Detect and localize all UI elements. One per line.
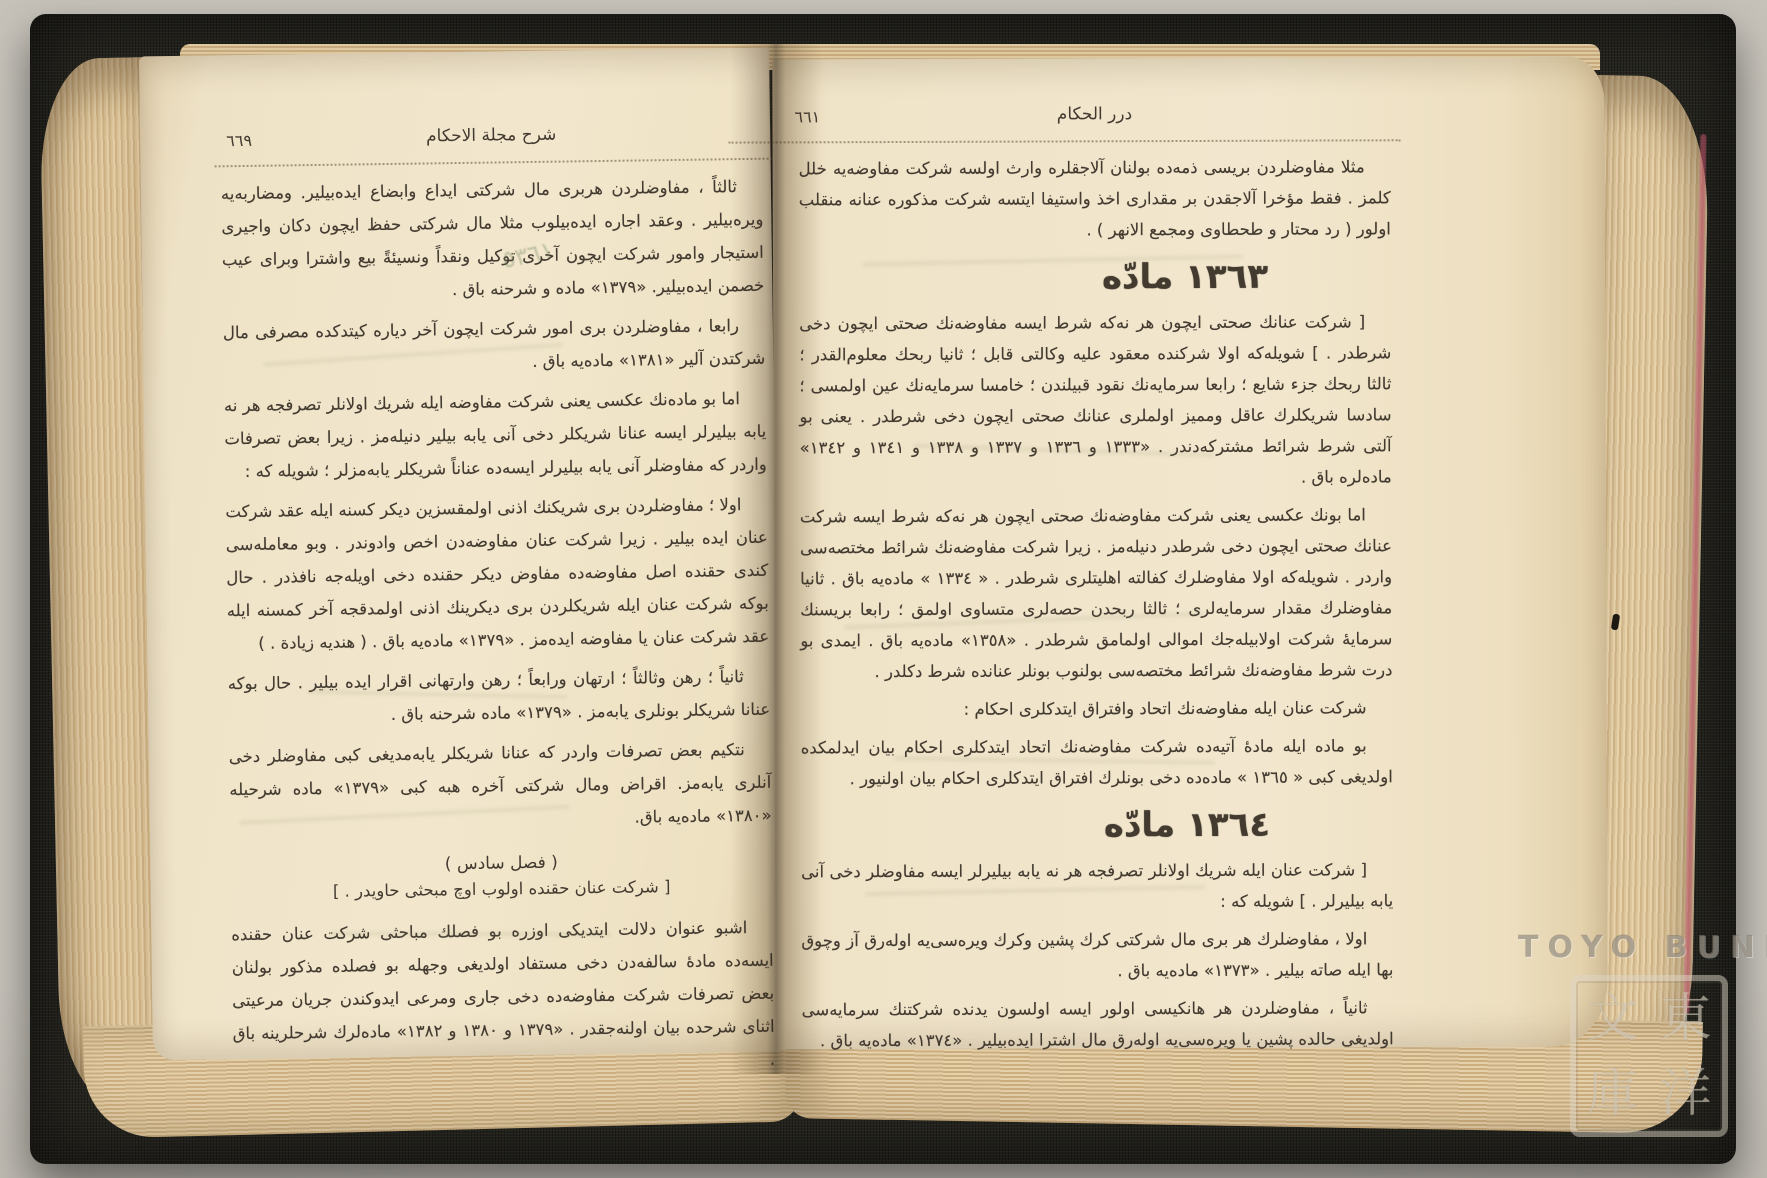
right-page-text: مثلا مفاوضلردن بريسى ذمه‌ده بولنان آلاجق…	[799, 151, 1394, 1056]
body-paragraph: اما بونك عكسى يعنى شركت مفاوضه‌نك صحتى ا…	[800, 499, 1393, 687]
right-page-number: ٦٦١	[794, 107, 820, 126]
body-paragraph: ثانياً ، مفاوضلردن هر هانكيسى اولور ايسه…	[802, 993, 1394, 1057]
left-page-text: ثالثاً ، مفاوضلردن هربرى مال شركتى ايداع…	[221, 170, 776, 1083]
body-paragraph: ثالثاً ، مفاوضلردن هربرى مال شركتى ايداع…	[221, 170, 765, 310]
body-paragraph: شركت عنان ايله مفاوضه‌نك اتحاد وافتراق ا…	[800, 693, 1392, 726]
right-running-title: درر الحكام	[798, 103, 1390, 125]
body-paragraph: ثانياً ؛ رهن وثالثاً ؛ ارتهان ورابعاً ؛ …	[228, 660, 771, 734]
article-summary: [ شركت عنان حقنده اولوب اوچ مبحثى حاويدر…	[231, 876, 773, 903]
header-rule	[729, 139, 1401, 143]
right-page: درر الحكام ٦٦١ مثلا مفاوضلردن بريسى ذمه‌…	[772, 57, 1607, 1050]
left-page: ٦٦٩ شرح مجلة الاحكام ثالثاً ، مفاوضلردن …	[139, 48, 783, 1061]
body-paragraph: [ شركت عنانك صحتى ايچون هر نه‌كه شرط ايس…	[799, 306, 1392, 494]
body-paragraph: اولا ، مفاوضلرك هر برى مال شركتى كرك پشي…	[801, 924, 1393, 988]
body-paragraph: اولا ؛ مفاوضلردن برى شريكنك اذنى اولمقسز…	[225, 488, 769, 661]
body-paragraph: مثلا مفاوضلردن بريسى ذمه‌ده بولنان آلاجق…	[799, 151, 1391, 246]
chapter-heading: ( فصل سادس )	[230, 850, 772, 878]
body-paragraph: اشبو عنوان دلالت ايتديكى اوزره بو فصلك م…	[231, 911, 775, 1084]
left-page-number: ٦٦٩	[226, 131, 252, 150]
left-page-header: ٦٦٩ شرح مجلة الاحكام	[220, 122, 762, 164]
body-paragraph: اما بو ماده‌نك عكسى يعنى شركت مفاوضه ايل…	[224, 382, 767, 489]
left-running-title: شرح مجلة الاحكام	[220, 122, 762, 150]
right-page-header: درر الحكام ٦٦١	[798, 103, 1390, 139]
article-heading: ١٣٦٣ مادّه	[889, 256, 1481, 298]
body-paragraph: بو ماده ايله مادهٔ آتيه‌ده شركت مفاوضه‌ن…	[801, 731, 1393, 795]
body-paragraph: [ شركت عنان ايله شريك اولانلر تصرفجه هر …	[801, 855, 1393, 919]
photo-of-open-book: ٦٦٩ شرح مجلة الاحكام ثالثاً ، مفاوضلردن …	[0, 0, 1767, 1178]
body-paragraph: رابعا ، مفاوضلردن برى امور شركت ايچون آخ…	[223, 309, 766, 383]
book: ٦٦٩ شرح مجلة الاحكام ثالثاً ، مفاوضلردن …	[30, 14, 1736, 1164]
body-paragraph: نتكيم بعض تصرفات واردر كه عنانا شريكلر ي…	[229, 733, 772, 840]
article-heading: ١٣٦٤ مادّه	[891, 804, 1483, 846]
